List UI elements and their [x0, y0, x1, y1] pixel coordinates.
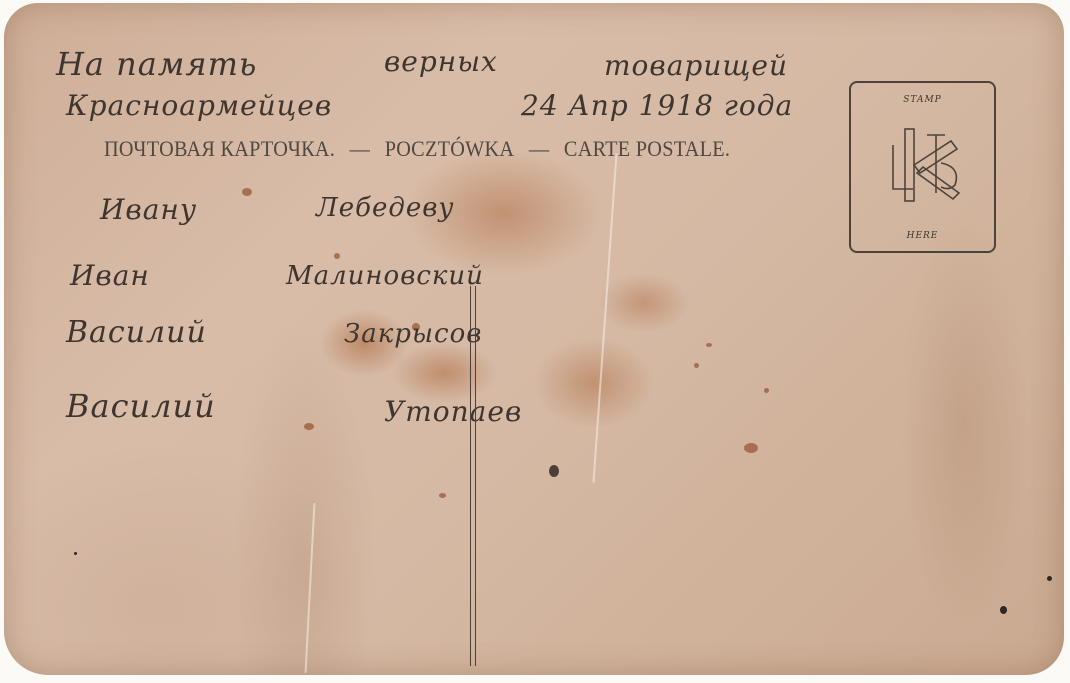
handwritten-word: товарищей [604, 49, 788, 82]
handwritten-date: 24 Апр 1918 года [521, 89, 793, 122]
handwritten-last-name: Утопаев [384, 395, 522, 428]
stamp-box: STAMP HERE [849, 81, 996, 253]
header-polish: POCZTÓWKA [385, 136, 515, 161]
stain-speck [334, 253, 340, 259]
handwritten-first-name: Иван [70, 259, 150, 292]
header-french: CARTE POSTALE. [564, 136, 730, 161]
handwritten-first-name: Ивану [100, 193, 197, 226]
stain-speck [304, 423, 314, 430]
handwritten-last-name: Малиновский [286, 261, 484, 291]
stain-speck [242, 188, 252, 196]
stamp-label: HERE [851, 231, 994, 241]
header-russian: ПОЧТОВАЯ КАРТОЧКА. [104, 136, 335, 161]
handwritten-word: На память [56, 45, 257, 83]
address-divider-line [470, 286, 476, 666]
postcard: На память верных товарищей Красноармейце… [4, 3, 1064, 675]
pin-hole [1000, 606, 1007, 614]
handwritten-last-name: Лебедеву [316, 193, 454, 223]
stain-speck [744, 443, 758, 453]
stain-speck [694, 363, 699, 368]
stain-speck [439, 493, 446, 498]
stain-speck [764, 388, 769, 393]
pin-hole [1047, 576, 1052, 581]
scan-background: На память верных товарищей Красноармейце… [0, 0, 1070, 683]
pin-hole [74, 552, 77, 555]
handwritten-first-name: Василий [66, 315, 207, 350]
header-separator: — [350, 136, 371, 161]
stain-speck [549, 465, 559, 477]
stain-speck [706, 343, 712, 347]
handwritten-last-name: Закрысов [344, 319, 482, 349]
monogram-logo-icon [889, 123, 969, 207]
stamp-label: STAMP [851, 95, 994, 105]
paper-crease [592, 153, 617, 482]
header-separator: — [529, 136, 550, 161]
paper-crease [305, 503, 316, 673]
handwritten-word: Красноармейцев [66, 89, 332, 122]
handwritten-word: верных [384, 45, 498, 78]
printed-header: ПОЧТОВАЯ КАРТОЧКА. — POCZTÓWKA — CARTE P… [104, 136, 739, 162]
handwritten-first-name: Василий [66, 387, 216, 425]
